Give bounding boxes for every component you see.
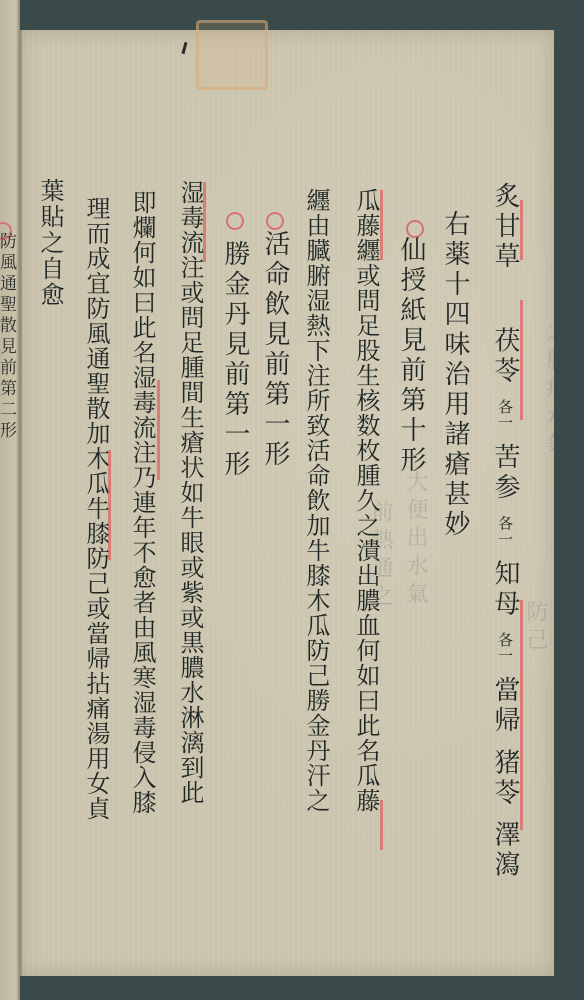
text-column-1: 炙甘草 茯苓 各一 苦参 各一 知母 各一 當帰 猪苓 澤瀉 bbox=[486, 182, 524, 881]
bleed-through-text: 大便出水氣 bbox=[400, 470, 431, 610]
text-column-11: 葉貼之自愈 bbox=[32, 178, 68, 308]
text-column-5: 纒由臓腑湿熱下注所致活命飲加牛膝木瓜防己勝金丹汗之 bbox=[298, 188, 334, 813]
red-margin-line bbox=[520, 600, 523, 830]
red-margin-line bbox=[157, 380, 160, 480]
red-margin-line bbox=[520, 300, 523, 420]
text-column-4: 瓜藤纒或問足股生核数枚腫久之潰出膿血何如曰此名瓜藤 bbox=[348, 188, 384, 813]
herb-name: 澤瀉 bbox=[490, 821, 520, 881]
dosage-note: 各一 bbox=[496, 632, 514, 664]
left-page-text-column: 防風通聖散見前第二形 bbox=[1, 232, 19, 442]
text-column-2: 右薬十四味治用諸瘡甚妙 bbox=[436, 210, 474, 540]
dosage-note: 各一 bbox=[496, 515, 514, 547]
red-margin-line bbox=[520, 200, 523, 260]
text-column-3: 仙授紙見前第十形 bbox=[392, 236, 430, 476]
red-margin-line bbox=[203, 182, 206, 262]
herb-name: 苦参 bbox=[490, 443, 520, 503]
page-spine-edge bbox=[20, 30, 22, 976]
red-circle-marker bbox=[226, 212, 244, 230]
red-margin-line bbox=[380, 190, 383, 260]
herb-name: 猪苓 bbox=[490, 748, 520, 808]
text-column-6: 活命飲見前第一形 bbox=[256, 230, 294, 470]
red-margin-line bbox=[108, 450, 111, 560]
herb-name: 知母 bbox=[490, 560, 520, 620]
adjacent-left-page: 防風通聖散見前第二形 bbox=[0, 0, 20, 1000]
herb-name: 炙甘草 bbox=[490, 182, 520, 272]
herb-name: 茯苓 bbox=[490, 327, 520, 387]
bleed-through-text: 之腫痛水氣 bbox=[540, 320, 571, 460]
library-seal-stamp bbox=[196, 20, 268, 90]
bleed-through-text: 防己 bbox=[520, 600, 551, 656]
red-circle-marker bbox=[266, 212, 284, 230]
dosage-note: 各一 bbox=[496, 399, 514, 431]
text-column-9: 即爛何如曰此名湿毒流注乃連年不愈者由風寒湿毒侵入膝 bbox=[124, 190, 160, 815]
red-margin-line bbox=[380, 800, 383, 850]
herb-name: 當帰 bbox=[490, 676, 520, 736]
text-column-7: 勝金丹見前第一形 bbox=[216, 240, 254, 480]
text-column-8: 湿毒流注或問足腫間生瘡状如牛眼或紫或黒膿水淋漓到此 bbox=[172, 180, 208, 805]
